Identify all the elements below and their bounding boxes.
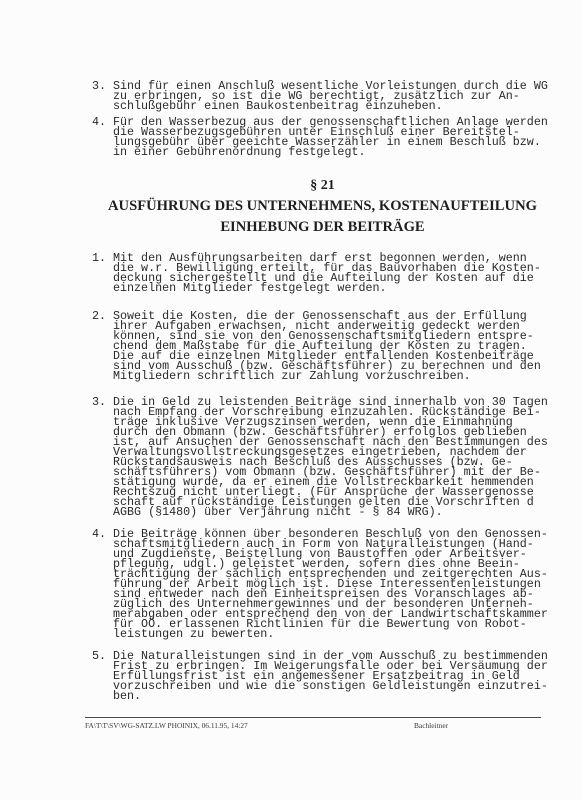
footer-author: Bachleitner (414, 721, 448, 730)
section-title-line-1: AUSFÜHRUNG DES UNTERNEHMENS, KOSTENAUFTE… (0, 198, 582, 215)
footer-divider (85, 717, 541, 718)
item-number: 2. (92, 311, 106, 321)
item-text: Mit den Ausführungsarbeiten darf erst be… (113, 253, 541, 293)
item-text: Die Naturalleistungen sind in der vom Au… (113, 651, 548, 701)
item-text: Soweit die Kosten, die der Genossenschaf… (113, 311, 541, 381)
section-title-line-2: EINHEBUNG DER BEITRÄGE (0, 219, 582, 236)
footer-file-info: FA\T\T\SV\WG-SATZ.LW PHOINIX, 06.11.95, … (85, 721, 248, 730)
item-number: 3. (92, 81, 106, 91)
section-number: § 21 (0, 178, 582, 194)
item-text: Für den Wasserbezug aus der genossenscha… (113, 117, 548, 157)
document-page: 3. Sind für einen Anschluß wesentliche V… (0, 0, 582, 800)
item-number: 3. (92, 397, 106, 407)
text-line: vorzuschreiben und wie die sonstigen Gel… (113, 681, 548, 691)
item-text: Die in Geld zu leistenden Beiträge sind … (113, 397, 548, 517)
item-number: 4. (92, 529, 106, 539)
item-number: 1. (92, 253, 106, 263)
item-number: 5. (92, 651, 106, 661)
item-number: 4. (92, 117, 106, 127)
item-text: Sind für einen Anschluß wesentliche Vorl… (113, 81, 548, 111)
item-text: Die Beiträge können über besonderen Besc… (113, 529, 548, 639)
